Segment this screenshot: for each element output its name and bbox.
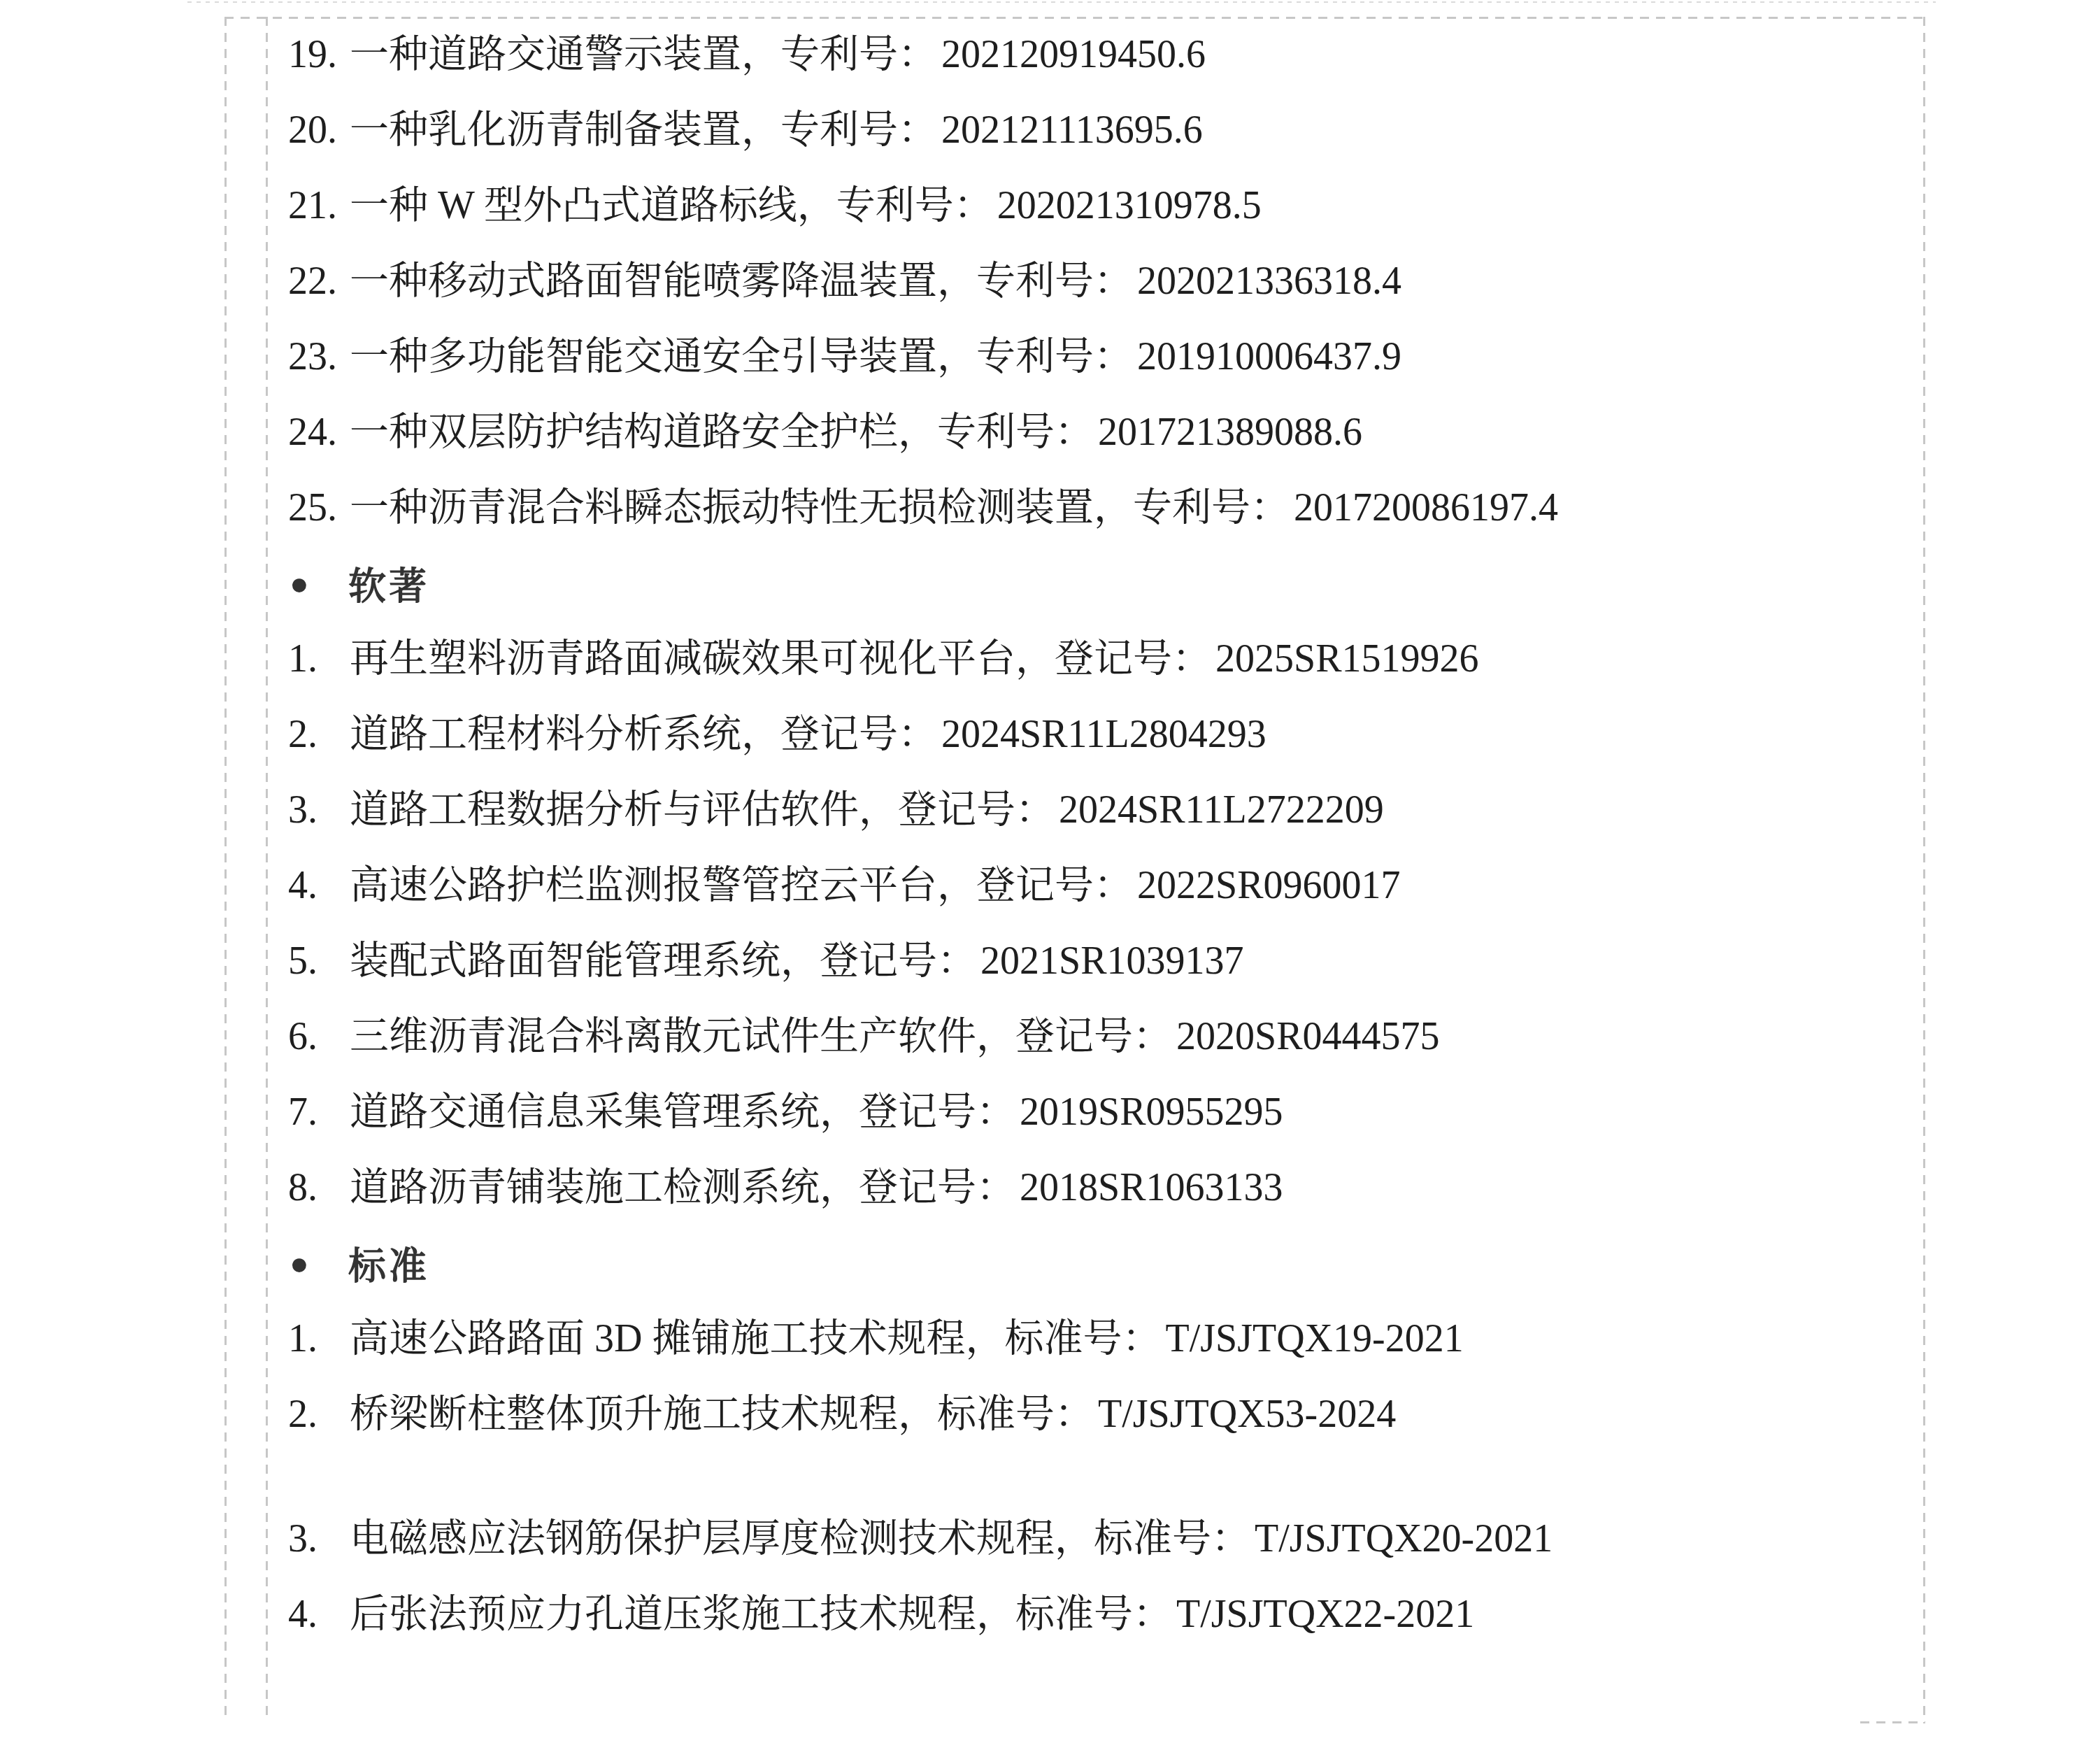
software-item: 5.装配式路面智能管理系统，登记号：2021SR1039137 — [288, 923, 1918, 999]
software-item-title: 道路工程材料分析系统， — [350, 697, 780, 772]
patents-item-label: 专利号： — [976, 319, 1133, 394]
standards-item-title: 电磁感应法钢筋保护层厚度检测技术规程， — [350, 1501, 1094, 1577]
text-boundary-left-outer — [224, 17, 227, 1722]
software-item-value: 2018SR1063133 — [1015, 1150, 1283, 1225]
patents-item-number: 24. — [288, 394, 350, 470]
standards-item: 4.后张法预应力孔道压浆施工技术规程，标准号：T/JSJTQX22-2021 — [288, 1577, 1918, 1652]
patents-item: 24.一种双层防护结构道路安全护栏，专利号：201721389088.6 — [288, 394, 1918, 470]
text-boundary-left-inner — [266, 17, 268, 1722]
software-section-title: 软著 — [348, 557, 429, 611]
software-item: 6.三维沥青混合料离散元试件生产软件，登记号：2020SR0444575 — [288, 999, 1918, 1074]
patents-item-title: 一种 W 型外凸式道路标线， — [350, 168, 836, 243]
software-item-label: 登记号： — [780, 697, 937, 772]
software-item-value: 2025SR1519926 — [1211, 621, 1479, 697]
patents-item-value: 201910006437.9 — [1133, 319, 1401, 394]
standards-item-number: 2. — [288, 1377, 350, 1452]
software-item-number: 7. — [288, 1074, 350, 1150]
patents-item-number: 25. — [288, 470, 350, 546]
standards-item-label: 标准号： — [1004, 1301, 1161, 1377]
standards-item-value: T/JSJTQX19-2021 — [1161, 1301, 1463, 1377]
software-item: 7.道路交通信息采集管理系统，登记号：2019SR0955295 — [288, 1074, 1918, 1150]
standards-item-number: 3. — [288, 1501, 350, 1577]
standards-section-heading: ● 标准 — [288, 1225, 1918, 1301]
software-item-label: 登记号： — [1055, 621, 1211, 697]
patents-item-number: 21. — [288, 168, 350, 243]
standards-item-title: 后张法预应力孔道压浆施工技术规程， — [350, 1577, 1015, 1652]
patents-item-number: 22. — [288, 243, 350, 319]
software-copyright-list: 1.再生塑料沥青路面减碳效果可视化平台，登记号：2025SR15199262.道… — [288, 621, 1918, 1225]
software-item-title: 装配式路面智能管理系统， — [350, 923, 820, 999]
software-item-number: 4. — [288, 848, 350, 923]
patents-item-label: 专利号： — [836, 168, 993, 243]
patents-item-value: 202021310978.5 — [993, 168, 1262, 243]
standards-item-number: 4. — [288, 1577, 350, 1652]
software-item: 2.道路工程材料分析系统，登记号：2024SR11L2804293 — [288, 697, 1918, 772]
software-item-title: 再生塑料沥青路面减碳效果可视化平台， — [350, 621, 1055, 697]
patents-item-value: 202120919450.6 — [937, 17, 1206, 92]
software-item-label: 登记号： — [1015, 999, 1172, 1074]
software-item-label: 登记号： — [976, 848, 1133, 923]
software-item: 3.道路工程数据分析与评估软件，登记号：2024SR11L2722209 — [288, 772, 1918, 848]
software-item-number: 5. — [288, 923, 350, 999]
standards-item: 3.电磁感应法钢筋保护层厚度检测技术规程，标准号：T/JSJTQX20-2021 — [288, 1501, 1918, 1577]
document-content[interactable]: 19.一种道路交通警示装置，专利号：202120919450.620.一种乳化沥… — [288, 17, 1918, 1652]
standards-item: 1.高速公路路面 3D 摊铺施工技术规程，标准号：T/JSJTQX19-2021 — [288, 1301, 1918, 1377]
patents-item: 25.一种沥青混合料瞬态振动特性无损检测装置，专利号：201720086197.… — [288, 470, 1918, 546]
patents-item: 20.一种乳化沥青制备装置，专利号：202121113695.6 — [288, 92, 1918, 168]
patents-item-title: 一种沥青混合料瞬态振动特性无损检测装置， — [350, 470, 1133, 546]
software-item-number: 3. — [288, 772, 350, 848]
patents-item-title: 一种移动式路面智能喷雾降温装置， — [350, 243, 976, 319]
software-item-value: 2020SR0444575 — [1172, 999, 1440, 1074]
software-item-title: 三维沥青混合料离散元试件生产软件， — [350, 999, 1015, 1074]
software-item-number: 2. — [288, 697, 350, 772]
software-item-label: 登记号： — [859, 1150, 1015, 1225]
standards-section-title: 标准 — [348, 1237, 429, 1290]
software-item-title: 高速公路护栏监测报警管控云平台， — [350, 848, 976, 923]
software-item-value: 2019SR0955295 — [1015, 1074, 1283, 1150]
standards-item: 2.桥梁断柱整体顶升施工技术规程，标准号：T/JSJTQX53-2024 — [288, 1377, 1918, 1452]
standards-item-value: T/JSJTQX20-2021 — [1250, 1501, 1553, 1577]
software-item-label: 登记号： — [820, 923, 976, 999]
standards-item-number: 1. — [288, 1301, 350, 1377]
software-item: 1.再生塑料沥青路面减碳效果可视化平台，登记号：2025SR1519926 — [288, 621, 1918, 697]
standards-item-title: 桥梁断柱整体顶升施工技术规程， — [350, 1377, 937, 1452]
software-item-value: 2021SR1039137 — [976, 923, 1244, 999]
patents-item-value: 201720086197.4 — [1290, 470, 1558, 546]
standards-item-value: T/JSJTQX53-2024 — [1094, 1377, 1396, 1452]
software-item-title: 道路交通信息采集管理系统， — [350, 1074, 859, 1150]
software-item-title: 道路工程数据分析与评估软件， — [350, 772, 898, 848]
software-item-value: 2022SR0960017 — [1133, 848, 1401, 923]
patents-item-number: 20. — [288, 92, 350, 168]
patents-item-label: 专利号： — [1133, 470, 1290, 546]
software-item-number: 8. — [288, 1150, 350, 1225]
software-item-label: 登记号： — [898, 772, 1055, 848]
standards-item-label: 标准号： — [937, 1377, 1094, 1452]
patents-item-number: 23. — [288, 319, 350, 394]
software-item-title: 道路沥青铺装施工检测系统， — [350, 1150, 859, 1225]
patents-item: 23.一种多功能智能交通安全引导装置，专利号：201910006437.9 — [288, 319, 1918, 394]
standards-item-title: 高速公路路面 3D 摊铺施工技术规程， — [350, 1301, 1004, 1377]
software-section-heading: ● 软著 — [288, 546, 1918, 621]
patents-item: 19.一种道路交通警示装置，专利号：202120919450.6 — [288, 17, 1918, 92]
software-item-number: 6. — [288, 999, 350, 1074]
patents-item: 22.一种移动式路面智能喷雾降温装置，专利号：202021336318.4 — [288, 243, 1918, 319]
patents-item-title: 一种双层防护结构道路安全护栏， — [350, 394, 937, 470]
software-item: 8.道路沥青铺装施工检测系统，登记号：2018SR1063133 — [288, 1150, 1918, 1225]
patents-item-title: 一种乳化沥青制备装置， — [350, 92, 780, 168]
patents-item-label: 专利号： — [937, 394, 1094, 470]
patents-item-label: 专利号： — [780, 92, 937, 168]
software-item-value: 2024SR11L2722209 — [1055, 772, 1384, 848]
patents-item-title: 一种道路交通警示装置， — [350, 17, 780, 92]
patent-list: 19.一种道路交通警示装置，专利号：202120919450.620.一种乳化沥… — [288, 17, 1918, 546]
text-boundary-right — [1923, 17, 1925, 1723]
patents-item-label: 专利号： — [780, 17, 937, 92]
bullet-icon: ● — [288, 546, 348, 621]
bullet-icon: ● — [288, 1225, 348, 1301]
software-item-value: 2024SR11L2804293 — [937, 697, 1266, 772]
standards-list: 1.高速公路路面 3D 摊铺施工技术规程，标准号：T/JSJTQX19-2021… — [288, 1301, 1918, 1652]
patents-item-value: 201721389088.6 — [1094, 394, 1362, 470]
software-item-label: 登记号： — [859, 1074, 1015, 1150]
standards-item-label: 标准号： — [1015, 1577, 1172, 1652]
patents-item: 21.一种 W 型外凸式道路标线，专利号：202021310978.5 — [288, 168, 1918, 243]
patents-item-title: 一种多功能智能交通安全引导装置， — [350, 319, 976, 394]
patents-item-label: 专利号： — [976, 243, 1133, 319]
software-item-number: 1. — [288, 621, 350, 697]
patents-item-number: 19. — [288, 17, 350, 92]
patents-item-value: 202021336318.4 — [1133, 243, 1401, 319]
page-top-edge-dotted-line — [187, 1, 1936, 3]
standards-item-label: 标准号： — [1094, 1501, 1250, 1577]
software-item: 4.高速公路护栏监测报警管控云平台，登记号：2022SR0960017 — [288, 848, 1918, 923]
patents-item-value: 202121113695.6 — [937, 92, 1203, 168]
standards-item-value: T/JSJTQX22-2021 — [1172, 1577, 1474, 1652]
text-boundary-bottom-right — [1860, 1721, 1925, 1723]
